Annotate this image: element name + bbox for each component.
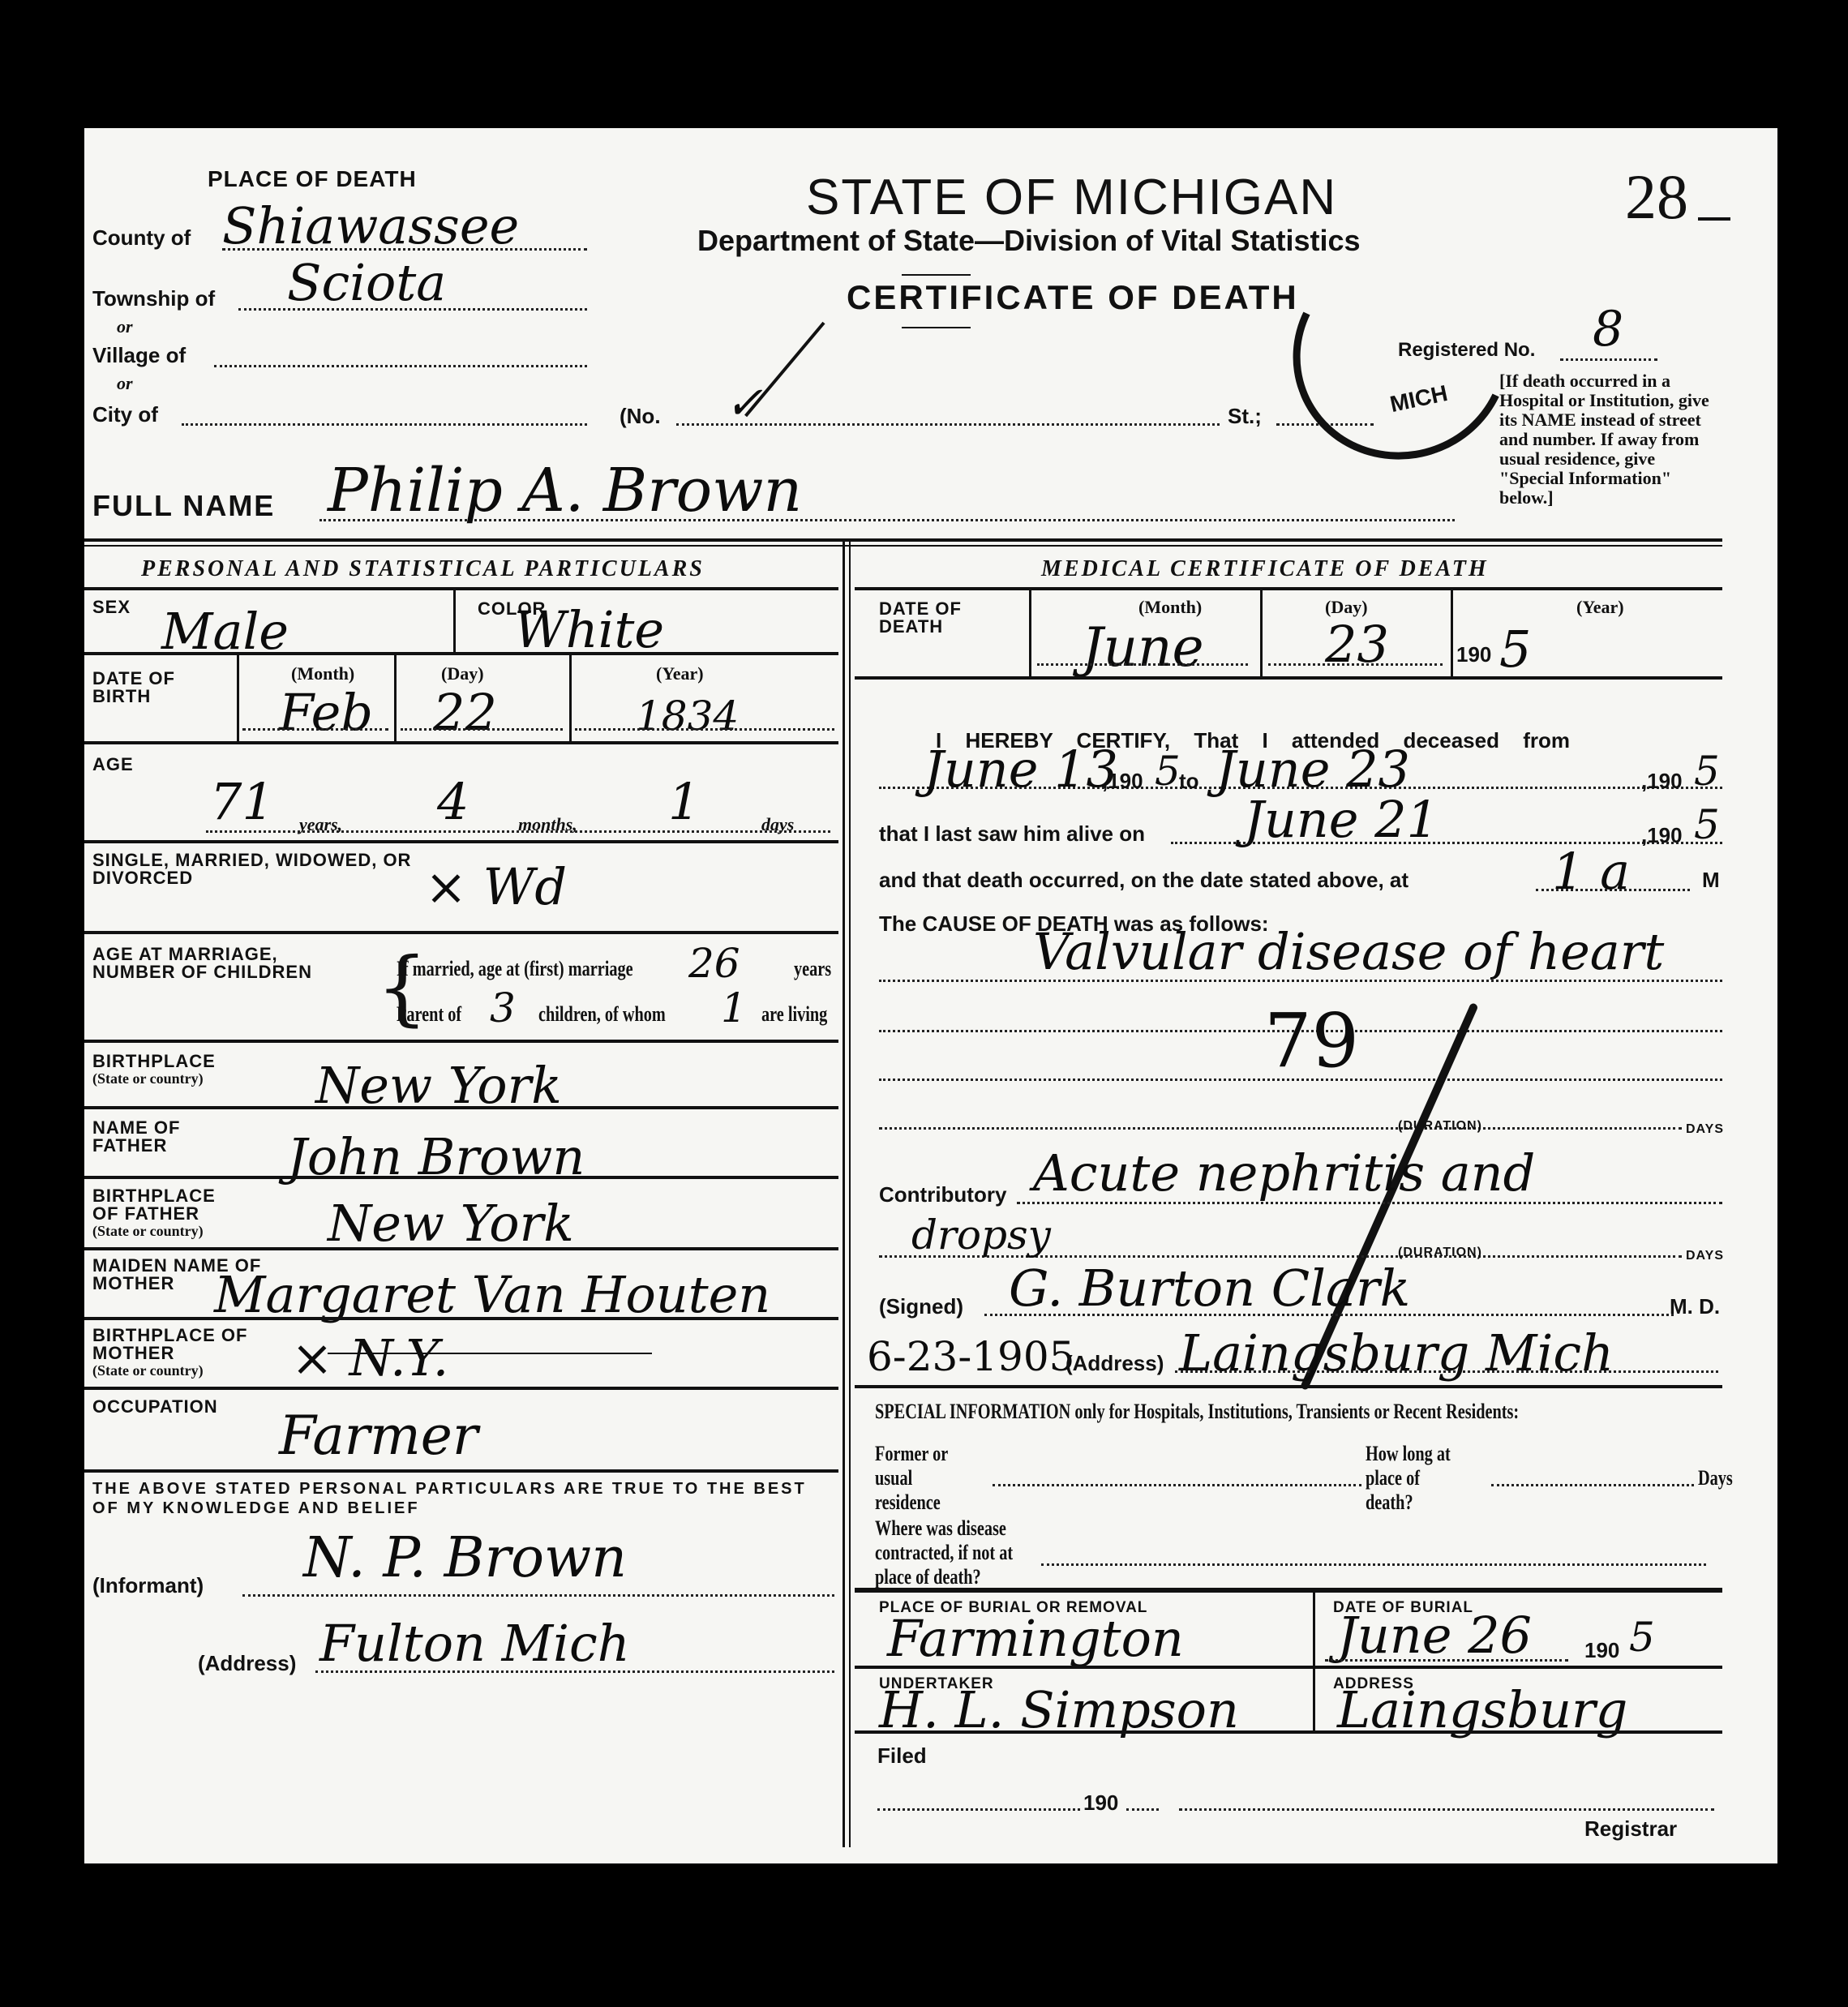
sex-value: Male (161, 607, 289, 657)
sex-color-divider (453, 587, 456, 652)
to-label: to (1179, 769, 1199, 794)
md-label: M. D. (1670, 1294, 1720, 1319)
check-slash-mark (744, 322, 825, 417)
informant-label: (Informant) (92, 1573, 204, 1598)
cell-divider (1029, 587, 1031, 676)
cell-divider (1313, 1593, 1315, 1730)
death-time-value: 1 a (1552, 847, 1630, 897)
page-number-dash (1698, 217, 1730, 221)
age-years-value: 71 (210, 777, 274, 827)
row-rule (84, 931, 838, 934)
how-long-label: How long at place of death? (1366, 1442, 1454, 1515)
township-label: Township of (92, 286, 215, 311)
last-saw-text: that I last saw him alive on (879, 821, 1145, 847)
undertaker-value: H. L. Simpson (879, 1685, 1239, 1735)
or-text-1: or (117, 316, 133, 337)
row-rule (855, 1385, 1722, 1388)
dod-day-line (1268, 663, 1443, 666)
informant-value: N. P. Brown (303, 1531, 627, 1586)
mother-birthplace-value: × N.Y. (291, 1333, 448, 1383)
burial-year-suffix: 5 (1629, 1617, 1655, 1657)
contributory-value-2: dropsy (911, 1215, 1051, 1255)
informant-line (242, 1594, 834, 1597)
certificate-title: CERTIFICATE OF DEATH (847, 278, 1299, 317)
cause-value: Valvular disease of heart (1033, 927, 1664, 977)
hospital-note: [If death occurred in a Hospital or Inst… (1499, 371, 1718, 508)
how-long-line (1491, 1484, 1694, 1486)
age-months-value: 4 (437, 777, 469, 827)
attended-to-value: June 23 (1216, 744, 1410, 795)
state-or-country-1: (State or country) (92, 1070, 204, 1087)
medical-section-title: MEDICAL CERTIFICATE OF DEATH (1041, 556, 1489, 582)
cell-divider (569, 652, 572, 741)
or-text-2: or (117, 373, 133, 394)
undertaker-address-value: Laingsburg (1337, 1685, 1627, 1735)
marriage-label: AGE AT MARRIAGE, NUMBER OF CHILDREN (92, 946, 336, 981)
dob-month-line (242, 728, 388, 731)
place-of-death-label: PLACE OF DEATH (208, 169, 417, 190)
row-rule (855, 1730, 1722, 1734)
full-name-label: FULL NAME (92, 491, 275, 521)
burial-year-prefix: 190 (1584, 1638, 1619, 1663)
street-label: St.; (1228, 404, 1262, 429)
informant-address-label: (Address) (198, 1651, 296, 1676)
living-value: 1 (721, 988, 747, 1028)
cell-divider (237, 652, 239, 741)
village-line (214, 365, 587, 367)
dod-year-label: (Year) (1576, 597, 1624, 618)
dod-day-value: 23 (1325, 620, 1389, 670)
title-rule-bottom (902, 327, 971, 328)
row-rule (84, 652, 838, 655)
state-or-country-2: (State or country) (92, 1223, 204, 1240)
mother-value: Margaret Van Houten (214, 1270, 770, 1320)
state-or-country-3: (State or country) (92, 1362, 204, 1379)
children-of-whom-text: children, of whom (538, 1002, 666, 1027)
burial-date-line (1325, 1659, 1568, 1662)
dod-year-suffix: 5 (1499, 624, 1531, 675)
occupation-value: Farmer (279, 1409, 478, 1463)
dob-year-line (575, 728, 834, 731)
age-days-value: 1 (668, 777, 700, 827)
row-rule (84, 840, 838, 843)
header-rule-2 (84, 545, 1722, 547)
father-value: John Brown (287, 1132, 585, 1182)
personal-section-title: PERSONAL AND STATISTICAL PARTICULARS (141, 556, 705, 582)
full-name-value: Philip A. Brown (328, 461, 802, 521)
city-label: City of (92, 402, 158, 427)
row-rule (84, 587, 838, 590)
age-label: AGE (92, 756, 134, 774)
signed-value: G. Burton Clark (1009, 1263, 1410, 1314)
registrar-label: Registrar (1584, 1816, 1677, 1842)
cause-code: 79 (1264, 1004, 1359, 1079)
filed-label: Filed (877, 1743, 927, 1769)
special-info-title: SPECIAL INFORMATION only for Hospitals, … (875, 1400, 1519, 1424)
contributory-value-1: Acute nephritis and (1033, 1148, 1535, 1199)
filed-year: 190 (1083, 1790, 1118, 1816)
registered-no-label: Registered No. (1398, 339, 1535, 362)
department-title: Department of State—Division of Vital St… (697, 224, 1361, 258)
row-rule (84, 1040, 838, 1043)
contributory-label: Contributory (879, 1182, 1006, 1207)
dod-month-label: (Month) (1138, 597, 1202, 618)
duration-label-2: (DURATION) (1398, 1244, 1482, 1262)
street-no-label: (No. (620, 404, 661, 429)
duration-label-1: (DURATION) (1398, 1117, 1482, 1135)
column-divider (843, 542, 845, 1847)
marital-label: SINGLE, MARRIED, WIDOWED, OR DIVORCED (92, 851, 433, 887)
father-label: NAME OF FATHER (92, 1119, 214, 1155)
village-label: Village of (92, 343, 186, 368)
row-rule (855, 1588, 1722, 1593)
row-rule (84, 1387, 838, 1390)
dob-day-label: (Day) (441, 663, 484, 684)
registered-no-value: 8 (1593, 305, 1623, 354)
father-birthplace-label: BIRTHPLACE OF FATHER (92, 1187, 238, 1223)
how-long-days-label: Days (1698, 1466, 1733, 1490)
marriage-years-label: years (794, 957, 831, 981)
marital-value: × Wd (425, 862, 567, 912)
row-rule (855, 676, 1722, 680)
color-value: White (514, 605, 664, 655)
days-label-1: DAYS (1686, 1121, 1724, 1139)
informant-address-value: Fulton Mich (319, 1619, 630, 1669)
signed-date: 6-23-1905 (867, 1336, 1074, 1377)
cell-divider (1451, 587, 1453, 676)
sex-label: SEX (92, 598, 131, 616)
death-time-suffix: M (1702, 868, 1720, 893)
father-birthplace-value: New York (328, 1199, 574, 1249)
attended-to-year-prefix: ,190 (1641, 769, 1683, 794)
parent-of-text: Parent of (397, 1002, 461, 1027)
last-saw-year-prefix: ,190 (1641, 823, 1683, 848)
burial-place-value: Farmington (887, 1614, 1184, 1664)
filed-line (877, 1808, 1080, 1811)
age-line (206, 830, 830, 833)
attended-from-value: June 13 (924, 744, 1118, 795)
children-value: 3 (490, 988, 516, 1028)
dod-month-line (1037, 663, 1248, 666)
marriage-age-value: 26 (688, 943, 740, 984)
physician-address-label: (Address) (1065, 1351, 1164, 1376)
birthplace-value: New York (315, 1061, 562, 1111)
dod-label: DATE OF DEATH (879, 600, 984, 636)
dob-month-label: (Month) (291, 663, 354, 684)
row-rule (84, 1247, 838, 1250)
birthplace-label: BIRTHPLACE (92, 1053, 216, 1070)
attended-to-year: 5 (1694, 751, 1720, 791)
strike-line (328, 1353, 652, 1354)
where-contracted-line (1041, 1563, 1706, 1566)
attestation-text: THE ABOVE STATED PERSONAL PARTICULARS AR… (92, 1479, 822, 1518)
dob-label: DATE OF BIRTH (92, 670, 214, 705)
last-saw-year: 5 (1694, 804, 1720, 845)
cell-divider (394, 652, 397, 741)
column-divider-2 (849, 542, 851, 1847)
dob-day-line (401, 728, 563, 731)
burial-date-value: June 26 (1337, 1610, 1532, 1661)
registrar-line (1179, 1808, 1714, 1811)
attended-from-year: 5 (1155, 751, 1181, 791)
marriage-age-text: If married, age at (first) marriage (397, 957, 633, 981)
state-title: STATE OF MICHIGAN (806, 169, 1337, 226)
row-rule (855, 587, 1722, 590)
county-label: County of (92, 225, 191, 251)
header-rule (84, 538, 1722, 542)
days-label-2: DAYS (1686, 1247, 1724, 1265)
where-contracted-label: Where was disease contracted, if not at … (875, 1516, 1052, 1589)
occupation-label: OCCUPATION (92, 1398, 218, 1416)
row-rule (84, 741, 838, 744)
township-value: Sciota (287, 258, 446, 308)
dod-month-value: June (1082, 621, 1204, 675)
registered-no-line (1560, 358, 1657, 361)
cause-line-4 (879, 1127, 1682, 1130)
former-residence-label: Former or usual residence (875, 1442, 951, 1515)
last-saw-value: June 21 (1244, 795, 1439, 845)
cell-divider (1260, 587, 1263, 676)
row-rule (84, 1176, 838, 1179)
row-rule (84, 1317, 838, 1320)
are-living-text: are living (761, 1002, 827, 1027)
city-line (182, 423, 587, 426)
death-certificate: PLACE OF DEATH County of Shiawassee Town… (84, 128, 1777, 1863)
row-rule (84, 1106, 838, 1109)
cause-line-3 (879, 1079, 1722, 1081)
title-rule-top (902, 274, 971, 276)
page-number: 28 (1625, 161, 1688, 234)
dod-year-prefix: 190 (1456, 642, 1491, 667)
physician-address-value: Laingsburg Mich (1179, 1328, 1614, 1379)
former-residence-line (993, 1484, 1361, 1486)
filed-year-line (1126, 1808, 1159, 1811)
dob-year-label: (Year) (656, 663, 704, 684)
row-rule (855, 1666, 1722, 1669)
death-time-text: and that death occurred, on the date sta… (879, 868, 1409, 893)
mother-birthplace-label: BIRTHPLACE OF MOTHER (92, 1327, 255, 1362)
county-value: Shiawassee (222, 201, 519, 251)
signed-label: (Signed) (879, 1294, 963, 1319)
row-rule (84, 1469, 838, 1473)
attended-from-year-prefix: ,190 (1102, 769, 1143, 794)
